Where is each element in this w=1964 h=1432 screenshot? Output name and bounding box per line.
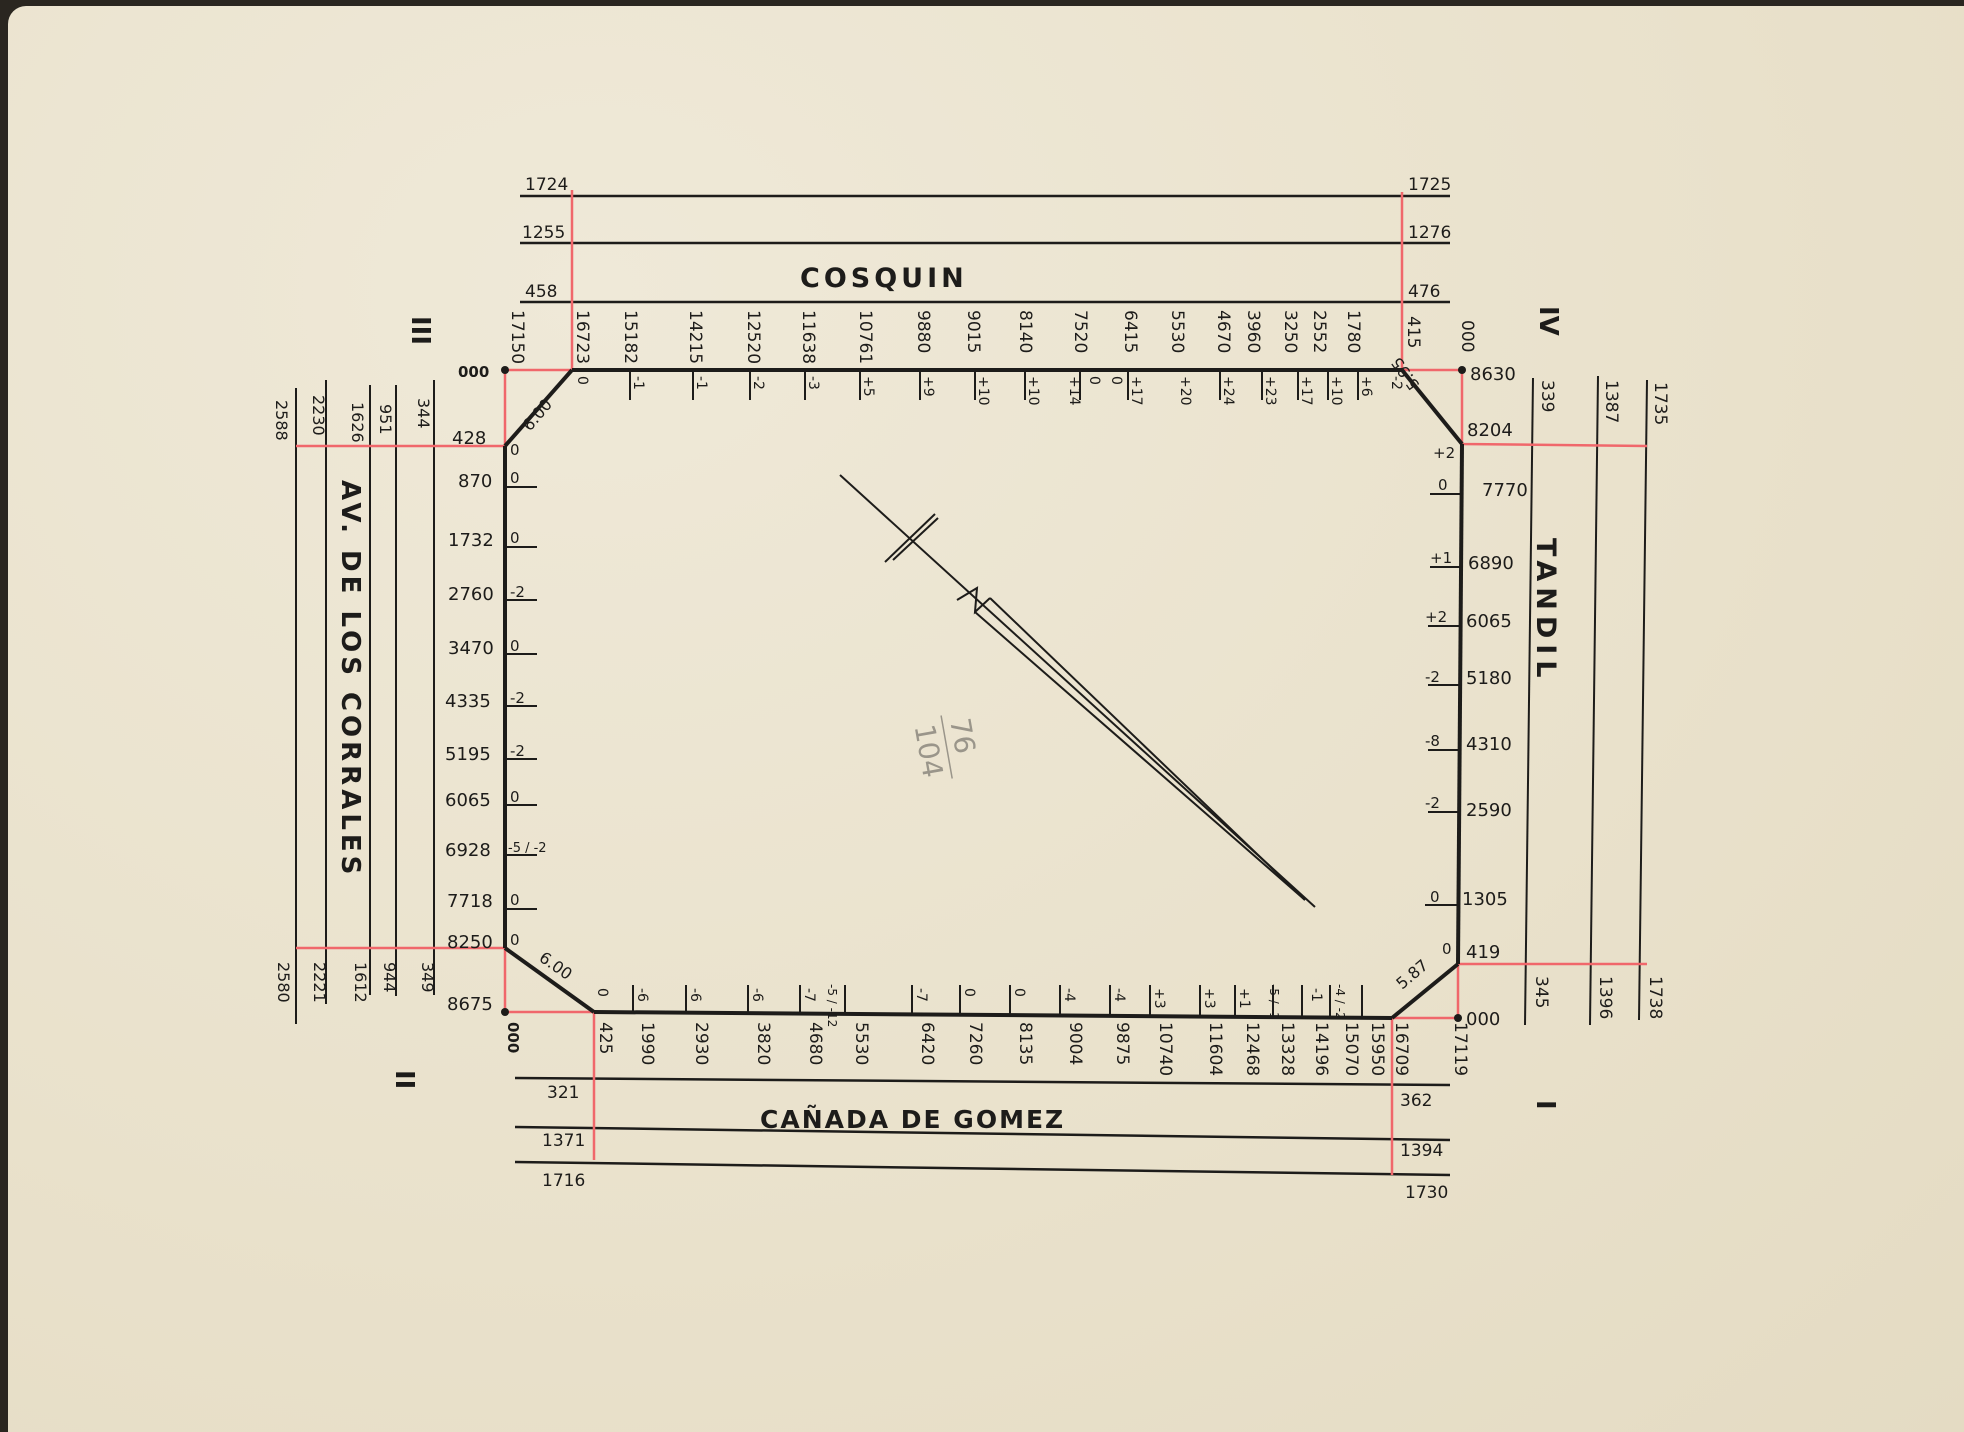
pencil-numerator: 76 (943, 715, 982, 756)
svg-text:2760: 2760 (448, 584, 494, 605)
svg-text:8140: 8140 (1015, 310, 1035, 353)
pencil-note: 76 104 (907, 710, 986, 785)
svg-text:9880: 9880 (913, 310, 933, 353)
svg-text:0: 0 (510, 788, 520, 806)
right-line-labels: 339 1387 1735 345 1396 1738 (1531, 380, 1670, 1019)
svg-text:10761: 10761 (855, 310, 875, 364)
svg-text:7520: 7520 (1070, 310, 1090, 353)
svg-text:-2: -2 (510, 742, 525, 760)
svg-text:1990: 1990 (637, 1022, 657, 1065)
svg-text:-6: -6 (749, 988, 765, 1002)
svg-text:1724: 1724 (525, 175, 568, 195)
top-ticks (630, 372, 1358, 400)
svg-text:4680: 4680 (805, 1022, 825, 1065)
svg-text:-2: -2 (510, 689, 525, 707)
svg-text:-2: -2 (750, 376, 766, 390)
svg-text:+9: +9 (920, 376, 936, 397)
chamfer-top-left: 6.00 (519, 395, 556, 435)
svg-text:+24: +24 (1220, 376, 1236, 406)
svg-text:+20: +20 (1177, 376, 1193, 406)
svg-text:2588: 2588 (272, 400, 291, 441)
top-line-labels: 1724 1255 458 1725 1276 476 (522, 175, 1451, 302)
quadrant-bottom-right: I (1530, 1100, 1560, 1110)
street-name-left: AV. DE LOS CORRALES (335, 480, 365, 878)
svg-text:+10: +10 (1025, 376, 1041, 406)
svg-text:+3: +3 (1151, 988, 1167, 1009)
svg-text:15950: 15950 (1367, 1022, 1387, 1076)
svg-text:16723: 16723 (572, 310, 592, 364)
svg-text:-7: -7 (801, 988, 817, 1002)
svg-text:+14: +14 (1066, 376, 1082, 406)
svg-text:1371: 1371 (542, 1131, 585, 1151)
svg-text:0: 0 (510, 441, 520, 459)
svg-text:2552: 2552 (1309, 310, 1329, 353)
svg-text:4670: 4670 (1213, 310, 1233, 353)
svg-text:0: 0 (1086, 376, 1102, 385)
chamfer-bottom-right: 5.87 (1392, 956, 1432, 993)
svg-text:+10: +10 (1328, 376, 1344, 406)
svg-text:1732: 1732 (448, 530, 494, 551)
svg-text:+23: +23 (1262, 376, 1278, 406)
svg-text:8675: 8675 (447, 994, 493, 1015)
svg-text:9875: 9875 (1112, 1022, 1132, 1065)
svg-text:0: 0 (1108, 376, 1124, 385)
svg-text:+17: +17 (1298, 376, 1314, 406)
svg-text:-2: -2 (510, 583, 525, 601)
svg-text:-1: -1 (1308, 988, 1324, 1002)
svg-text:6890: 6890 (1468, 553, 1514, 574)
svg-text:000: 000 (458, 363, 489, 381)
svg-text:-3: -3 (805, 376, 821, 390)
curb-outline (505, 370, 1462, 1018)
svg-text:1735: 1735 (1650, 382, 1670, 425)
intersection-diagram: 76 104 COSQUIN CAÑADA DE GOMEZ AV. DE LO… (0, 0, 1964, 1432)
svg-text:-1: -1 (630, 376, 646, 390)
svg-text:5195: 5195 (445, 744, 491, 765)
svg-text:+17: +17 (1128, 376, 1144, 406)
svg-text:1394: 1394 (1400, 1141, 1443, 1161)
svg-text:0: 0 (1438, 476, 1448, 494)
svg-text:1626: 1626 (348, 402, 367, 443)
svg-text:0: 0 (1430, 888, 1440, 906)
svg-text:13328: 13328 (1277, 1022, 1297, 1076)
svg-text:344: 344 (414, 398, 433, 429)
svg-text:9015: 9015 (963, 310, 983, 353)
svg-text:2930: 2930 (691, 1022, 711, 1065)
left-offsets: 0 0 0 -2 0 -2 -2 0 -5 / -2 0 0 (508, 441, 547, 949)
svg-text:2230: 2230 (309, 395, 328, 436)
svg-text:944: 944 (380, 962, 399, 993)
svg-text:1255: 1255 (522, 223, 565, 243)
svg-text:11604: 11604 (1205, 1022, 1225, 1076)
svg-text:0: 0 (510, 529, 520, 547)
svg-text:5180: 5180 (1466, 668, 1512, 689)
svg-text:0: 0 (510, 891, 520, 909)
svg-text:7260: 7260 (965, 1022, 985, 1065)
svg-text:+3: +3 (1201, 988, 1217, 1009)
svg-text:1276: 1276 (1408, 223, 1451, 243)
svg-text:12468: 12468 (1242, 1022, 1262, 1076)
svg-text:0: 0 (1442, 940, 1452, 958)
svg-text:14196: 14196 (1311, 1022, 1331, 1076)
svg-text:339: 339 (1537, 380, 1557, 412)
svg-text:0: 0 (510, 637, 520, 655)
svg-text:-5 / -12: -5 / -12 (825, 984, 839, 1027)
svg-text:000: 000 (504, 1022, 522, 1053)
svg-text:000: 000 (1457, 320, 1477, 352)
svg-text:5530: 5530 (1167, 310, 1187, 353)
svg-text:-4: -4 (1061, 988, 1077, 1002)
svg-text:8250: 8250 (447, 932, 493, 953)
svg-text:6928: 6928 (445, 840, 491, 861)
svg-text:415: 415 (1403, 316, 1423, 348)
svg-text:1387: 1387 (1601, 380, 1621, 423)
svg-text:2221: 2221 (310, 962, 329, 1003)
svg-text:15182: 15182 (620, 310, 640, 364)
svg-text:17119: 17119 (1450, 1022, 1470, 1076)
svg-text:-5 / -2: -5 / -2 (508, 841, 547, 856)
svg-text:951: 951 (376, 404, 395, 435)
svg-text:14215: 14215 (685, 310, 705, 364)
svg-text:-5 / -1: -5 / -1 (1267, 984, 1281, 1020)
bottom-line-labels: 321 1371 1716 362 1394 1730 (542, 1083, 1448, 1203)
svg-text:425: 425 (595, 1022, 615, 1054)
right-offsets: +2 0 +1 +2 -2 -8 -2 0 0 (1425, 444, 1455, 958)
svg-text:1725: 1725 (1408, 175, 1451, 195)
svg-text:+6: +6 (1358, 376, 1374, 397)
svg-text:0: 0 (510, 469, 520, 487)
chamfer-bottom-left: 6.00 (536, 948, 576, 984)
svg-text:6420: 6420 (917, 1022, 937, 1065)
svg-text:321: 321 (547, 1083, 579, 1103)
svg-text:15070: 15070 (1341, 1022, 1361, 1076)
svg-text:3250: 3250 (1280, 310, 1300, 353)
svg-text:870: 870 (458, 471, 492, 492)
top-offsets: 0 -1 -1 -2 -3 +5 +9 +10 +10 +14 0 0 +17 … (574, 376, 1404, 406)
svg-text:0: 0 (510, 931, 520, 949)
svg-text:4310: 4310 (1466, 734, 1512, 755)
svg-text:428: 428 (452, 428, 486, 449)
corner-points (501, 366, 1466, 1022)
bottom-stations: 425 1990 2930 3820 4680 5530 6420 7260 8… (595, 1022, 1470, 1076)
svg-text:3470: 3470 (448, 638, 494, 659)
svg-text:+2: +2 (1425, 608, 1447, 626)
svg-text:-2: -2 (1425, 794, 1440, 812)
svg-text:345: 345 (1531, 976, 1551, 1008)
svg-text:2590: 2590 (1466, 800, 1512, 821)
svg-text:-1: -1 (693, 376, 709, 390)
street-name-top: COSQUIN (800, 263, 968, 294)
svg-text:8204: 8204 (1467, 420, 1513, 441)
svg-text:+5: +5 (860, 376, 876, 397)
right-street-lines (1525, 376, 1647, 1025)
svg-text:476: 476 (1408, 282, 1440, 302)
top-street-lines (520, 196, 1450, 302)
svg-text:6065: 6065 (1466, 611, 1512, 632)
svg-text:-6: -6 (687, 988, 703, 1002)
svg-text:1396: 1396 (1595, 976, 1615, 1019)
svg-text:16709: 16709 (1391, 1022, 1411, 1076)
quadrant-top-left: III (405, 316, 435, 345)
svg-text:+1: +1 (1430, 549, 1452, 567)
svg-text:0: 0 (594, 988, 610, 997)
quadrant-bottom-left: II (389, 1070, 419, 1089)
svg-text:1780: 1780 (1343, 310, 1363, 353)
svg-text:458: 458 (525, 282, 557, 302)
svg-text:419: 419 (1466, 942, 1500, 963)
svg-text:0: 0 (574, 376, 590, 385)
svg-text:-6: -6 (634, 988, 650, 1002)
svg-text:+10: +10 (975, 376, 991, 406)
svg-text:-7: -7 (913, 988, 929, 1002)
svg-text:1716: 1716 (542, 1171, 585, 1191)
svg-text:3820: 3820 (753, 1022, 773, 1065)
svg-text:000: 000 (1466, 1009, 1500, 1030)
svg-text:6415: 6415 (1120, 310, 1140, 353)
svg-text:8630: 8630 (1470, 364, 1516, 385)
svg-text:6065: 6065 (445, 790, 491, 811)
svg-text:0: 0 (1011, 988, 1027, 997)
svg-text:10740: 10740 (1155, 1022, 1175, 1076)
svg-text:1305: 1305 (1462, 889, 1508, 910)
svg-text:-4 / -2: -4 / -2 (1333, 984, 1347, 1020)
svg-text:7770: 7770 (1482, 480, 1528, 501)
svg-text:5530: 5530 (851, 1022, 871, 1065)
svg-text:+1: +1 (1236, 988, 1252, 1009)
svg-text:-8: -8 (1425, 732, 1440, 750)
svg-text:349: 349 (418, 962, 437, 993)
svg-text:2580: 2580 (274, 962, 293, 1003)
svg-text:3960: 3960 (1243, 310, 1263, 353)
top-stations: 17150 16723 15182 14215 12520 11638 1076… (507, 310, 1477, 364)
svg-text:0: 0 (961, 988, 977, 997)
right-stations: 8630 8204 7770 6890 6065 5180 4310 2590 … (1462, 364, 1528, 1030)
svg-text:1612: 1612 (351, 962, 370, 1003)
svg-text:7718: 7718 (447, 891, 493, 912)
svg-text:4335: 4335 (445, 691, 491, 712)
svg-text:362: 362 (1400, 1091, 1432, 1111)
svg-text:1738: 1738 (1645, 976, 1665, 1019)
svg-text:+2: +2 (1433, 444, 1455, 462)
north-arrow-icon (840, 475, 1315, 907)
svg-text:-2: -2 (1425, 668, 1440, 686)
svg-text:12520: 12520 (743, 310, 763, 364)
quadrant-top-right: IV (1533, 306, 1563, 336)
svg-text:-4: -4 (1111, 988, 1127, 1002)
svg-text:9004: 9004 (1065, 1022, 1085, 1065)
street-name-bottom: CAÑADA DE GOMEZ (760, 1105, 1065, 1134)
svg-text:8135: 8135 (1015, 1022, 1035, 1065)
svg-text:1730: 1730 (1405, 1183, 1448, 1203)
svg-text:17150: 17150 (507, 310, 527, 364)
svg-text:11638: 11638 (798, 310, 818, 364)
street-name-right: TANDIL (1530, 538, 1561, 683)
